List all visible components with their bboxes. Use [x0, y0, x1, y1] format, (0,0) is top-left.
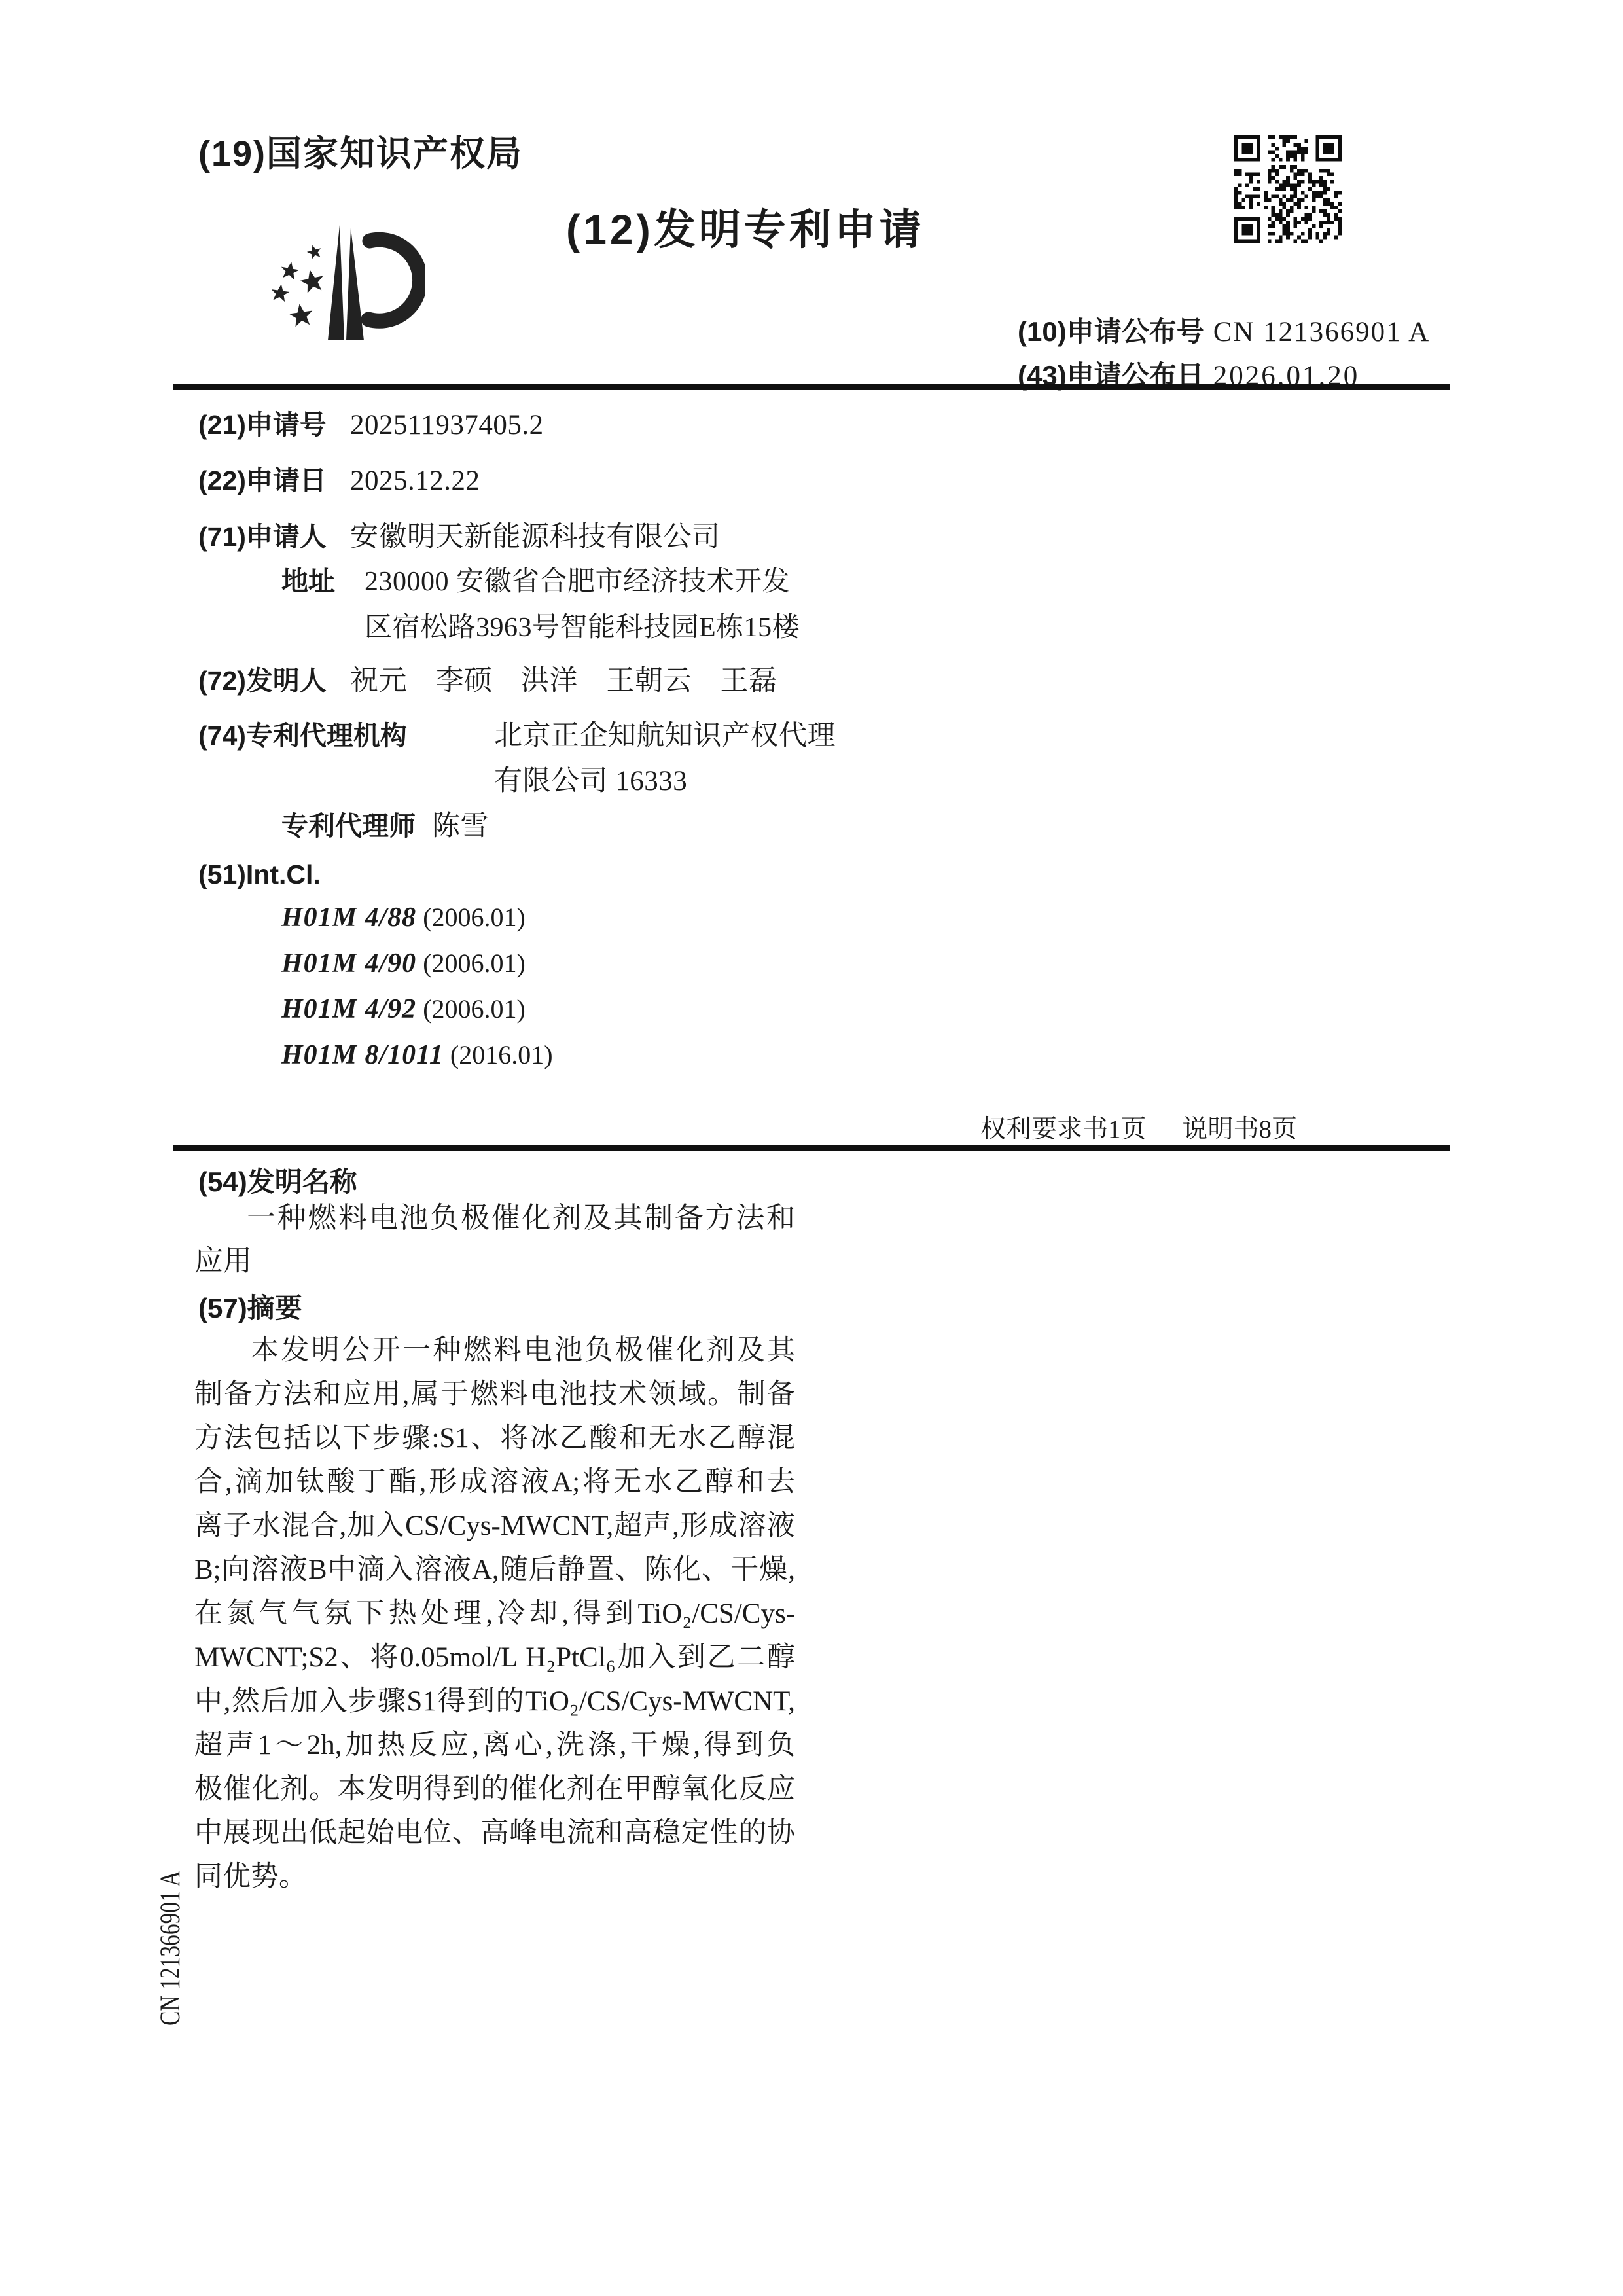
biblio-divider-rule — [173, 1145, 1450, 1151]
intcl-version: (2006.01) — [423, 948, 526, 978]
applicant-row: (71)申请人安徽明天新能源科技有限公司 — [198, 514, 721, 554]
application-number-row: (21)申请号202511937405.2 — [198, 403, 544, 442]
intcl-code: H01M 4/88 — [281, 903, 416, 933]
application-date-value: 2025.12.22 — [350, 465, 480, 496]
agent-label: 专利代理师 — [281, 804, 432, 843]
application-date-row: (22)申请日2025.12.22 — [198, 459, 480, 497]
spine-publication-number: CN 121366901 A — [155, 1823, 188, 2026]
abstract-line: 方法包括以下步骤:S1、将冰乙酸和无水乙醇混 — [194, 1416, 795, 1460]
invention-title-label: (54)发明名称 — [198, 1160, 357, 1200]
invention-title: 一种燃料电池负极催化剂及其制备方法和 应用 — [194, 1196, 795, 1283]
abstract-line: 中,然后加入步骤S1得到的TiO₂/CS/Cys-MWCNT, — [194, 1679, 795, 1723]
intcl-code: H01M 8/1011 — [281, 1040, 444, 1070]
abstract-line: 在氮气气氛下热处理,冷却,得到TiO₂/CS/Cys- — [194, 1592, 795, 1636]
abstract-line: 极催化剂。本发明得到的催化剂在甲醇氧化反应 — [194, 1767, 795, 1811]
agency-row-2: 有限公司 16333 — [494, 759, 687, 798]
document-type-title: (12)发明专利申请 — [566, 196, 925, 257]
patent-front-page: (19)国家知识产权局 (12)发明专利申请 (10)申请公布号CN 12136… — [0, 0, 1623, 2296]
abstract-line: 同优势。 — [194, 1855, 795, 1899]
address-label: 地址 — [281, 560, 365, 598]
intcl-entry: H01M 4/90(2006.01) — [281, 948, 553, 994]
agency-label: (74)专利代理机构 — [198, 714, 494, 753]
address-line1: 230000 安徽省合肥市经济技术开发 — [365, 567, 790, 597]
intcl-version: (2006.01) — [423, 903, 526, 932]
address-row: 地址230000 安徽省合肥市经济技术开发 — [281, 560, 790, 599]
agent-value: 陈雪 — [432, 811, 489, 842]
publication-number-value: CN 121366901 A — [1213, 317, 1430, 348]
abstract-line: B;向溶液B中滴入溶液A,随后静置、陈化、干燥, — [194, 1548, 795, 1592]
intcl-version: (2016.01) — [450, 1040, 553, 1069]
intcl-version: (2006.01) — [423, 994, 526, 1024]
header-divider-rule — [173, 384, 1450, 390]
application-date-label: (22)申请日 — [198, 459, 350, 497]
agency-line1: 北京正企知航知识产权代理 — [494, 721, 836, 751]
intcl-header-row: (51)Int.Cl. — [198, 859, 321, 891]
inventors-value: 祝元 李硕 洪洋 王朝云 王磊 — [350, 666, 777, 696]
intcl-entry: H01M 4/92(2006.01) — [281, 994, 553, 1040]
inventors-row: (72)发明人祝元 李硕 洪洋 王朝云 王磊 — [198, 658, 777, 698]
address-row-2: 区宿松路3963号智能科技园E栋15楼 — [365, 605, 800, 645]
abstract-label: (57)摘要 — [198, 1287, 302, 1326]
cnipa-logo-icon — [272, 220, 425, 346]
applicant-label: (71)申请人 — [198, 515, 350, 554]
application-number-value: 202511937405.2 — [350, 410, 544, 440]
issuing-office: (19)国家知识产权局 — [198, 126, 523, 176]
abstract-line: 制备方法和应用,属于燃料电池技术领域。制备 — [194, 1372, 795, 1416]
claims-pages: 权利要求书1页 — [980, 1115, 1147, 1143]
intcl-code: H01M 4/90 — [281, 948, 416, 978]
invention-title-line1: 一种燃料电池负极催化剂及其制备方法和 — [194, 1196, 795, 1240]
abstract-text: 本发明公开一种燃料电池负极催化剂及其制备方法和应用,属于燃料电池技术领域。制备方… — [194, 1329, 795, 1899]
agent-row: 专利代理师陈雪 — [281, 804, 489, 844]
publication-number-label: (10)申请公布号 — [1018, 316, 1204, 347]
application-number-label: (21)申请号 — [198, 403, 350, 442]
pages-info: 权利要求书1页说明书8页 — [980, 1109, 1297, 1145]
agency-line2: 有限公司 16333 — [494, 766, 687, 797]
abstract-line: MWCNT;S2、将0.05mol/L H₂PtCl₆加入到乙二醇 — [194, 1636, 795, 1679]
agency-row: (74)专利代理机构北京正企知航知识产权代理 — [198, 713, 836, 753]
inventors-label: (72)发明人 — [198, 659, 350, 698]
qr-code-icon — [1234, 135, 1342, 243]
intcl-entry: H01M 8/1011(2016.01) — [281, 1040, 553, 1086]
address-line2: 区宿松路3963号智能科技园E栋15楼 — [365, 613, 800, 643]
intcl-list: H01M 4/88(2006.01) H01M 4/90(2006.01) H0… — [281, 903, 553, 1086]
invention-title-line2: 应用 — [194, 1240, 795, 1283]
abstract-line: 超声1～2h,加热反应,离心,洗涤,干燥,得到负 — [194, 1723, 795, 1767]
abstract-line: 合,滴加钛酸丁酯,形成溶液A;将无水乙醇和去 — [194, 1460, 795, 1504]
abstract-line: 本发明公开一种燃料电池负极催化剂及其 — [194, 1329, 795, 1372]
applicant-value: 安徽明天新能源科技有限公司 — [350, 522, 721, 552]
intcl-label: (51)Int.Cl. — [198, 859, 321, 890]
intcl-code: H01M 4/92 — [281, 994, 416, 1024]
intcl-entry: H01M 4/88(2006.01) — [281, 903, 553, 948]
publication-number-row: (10)申请公布号CN 121366901 A — [1018, 310, 1430, 350]
abstract-line: 中展现出低起始电位、高峰电流和高稳定性的协 — [194, 1811, 795, 1855]
abstract-line: 离子水混合,加入CS/Cys-MWCNT,超声,形成溶液 — [194, 1504, 795, 1548]
description-pages: 说明书8页 — [1183, 1115, 1298, 1143]
